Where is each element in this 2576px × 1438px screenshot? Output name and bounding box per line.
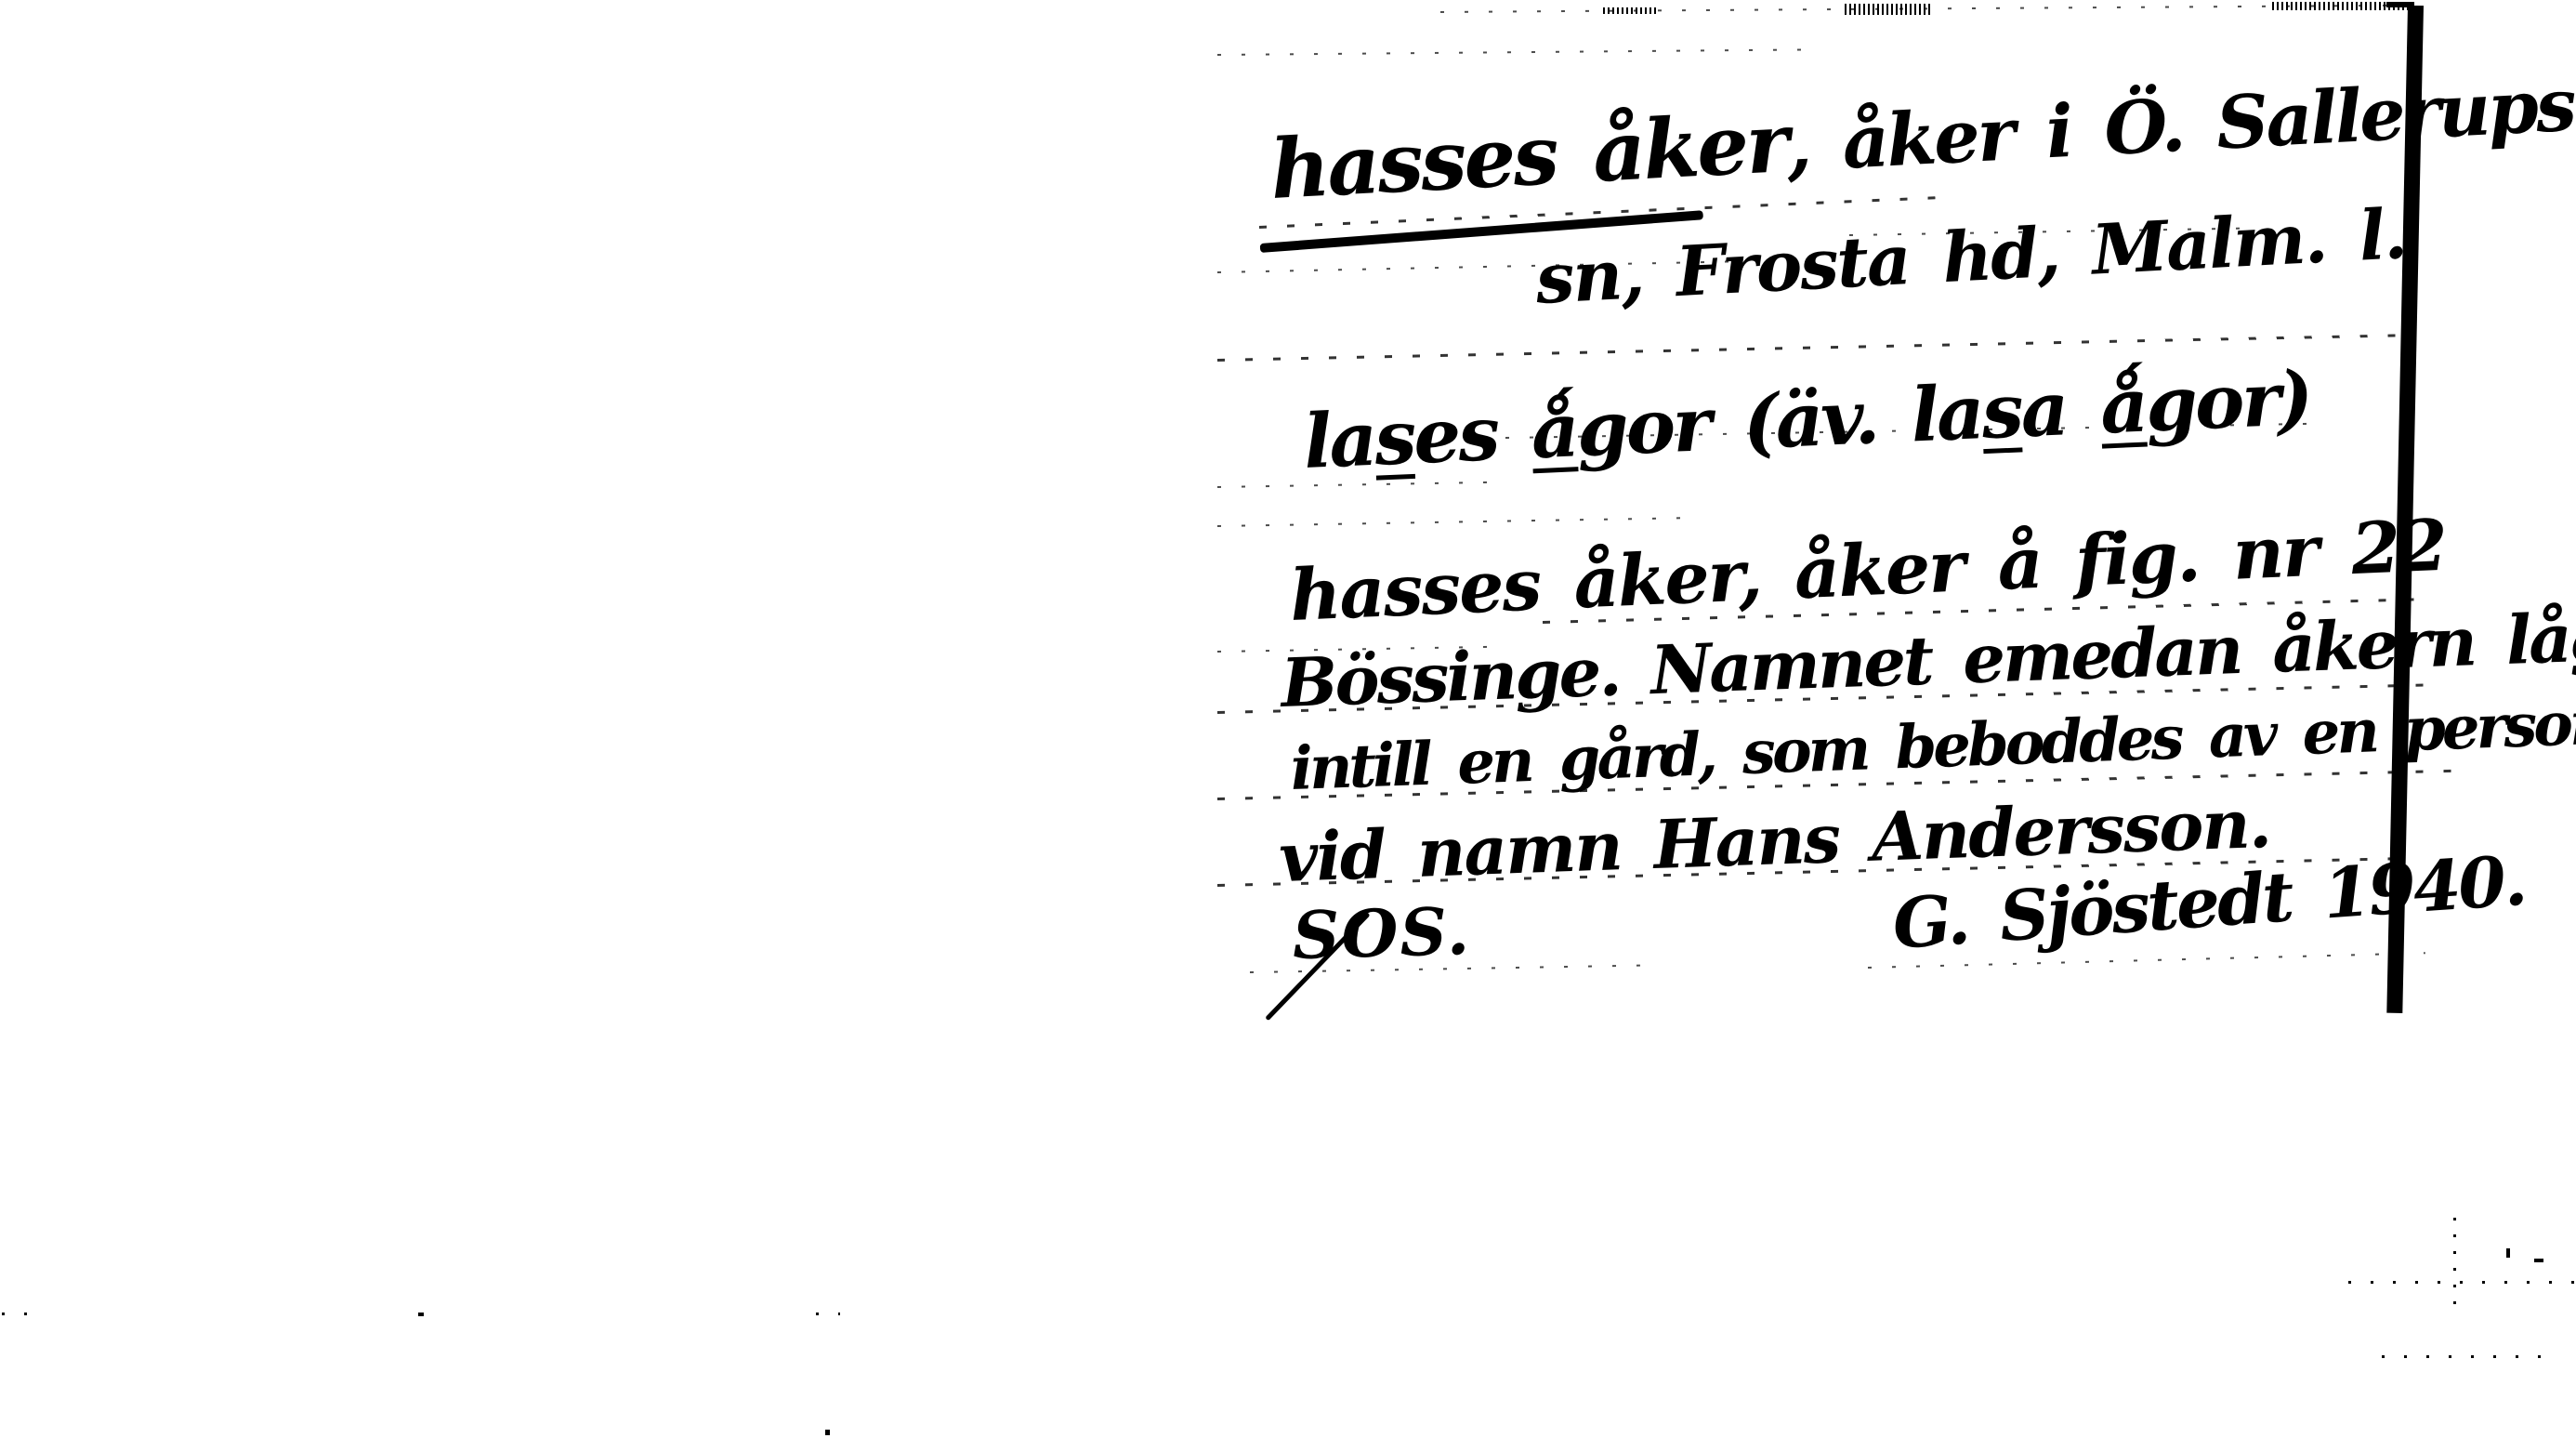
speck — [2506, 1248, 2510, 1258]
handwriting-line-phonetic: lases ǻgor (äv. lasa ǻgor) — [1302, 354, 2312, 485]
speck — [825, 1430, 830, 1435]
speck — [2534, 1259, 2543, 1262]
text-segment: ǻ — [2098, 362, 2148, 451]
text-segment: la — [1302, 395, 1376, 485]
scanned-archive-card: hasses åker, åker i Ö. Sallerupssn, Fros… — [0, 0, 2576, 1438]
speck — [418, 1313, 424, 1316]
text-segment: a — [2018, 363, 2102, 455]
text-segment: es — [1412, 388, 1533, 480]
text-segment: hasses åker — [1268, 94, 1789, 218]
card-rule — [1217, 517, 1682, 527]
handwriting-line-headword: hasses åker, åker i Ö. Sallerups — [1268, 53, 2576, 218]
text-segment: gor) — [2144, 354, 2312, 449]
speck-line — [816, 1313, 840, 1315]
text-segment: s — [1979, 366, 2022, 455]
scan-artifact-bar-tick — [2386, 2, 2414, 7]
corner-rule-horizontal — [2348, 1281, 2576, 1284]
speck-line — [2, 1313, 39, 1315]
rule-tick-cluster — [1845, 4, 1933, 15]
rule-tick-cluster — [1603, 7, 1659, 14]
text-segment: , åker i Ö. Sallerups — [1784, 63, 2576, 189]
card-rule — [1217, 48, 1821, 56]
corner-rule-horizontal — [2382, 1355, 2555, 1358]
corner-rule-vertical — [2453, 1218, 2456, 1314]
text-segment: s — [1373, 393, 1415, 482]
text-segment: ǻ — [1530, 386, 1579, 475]
text-segment: gor (äv. la — [1575, 368, 1984, 473]
